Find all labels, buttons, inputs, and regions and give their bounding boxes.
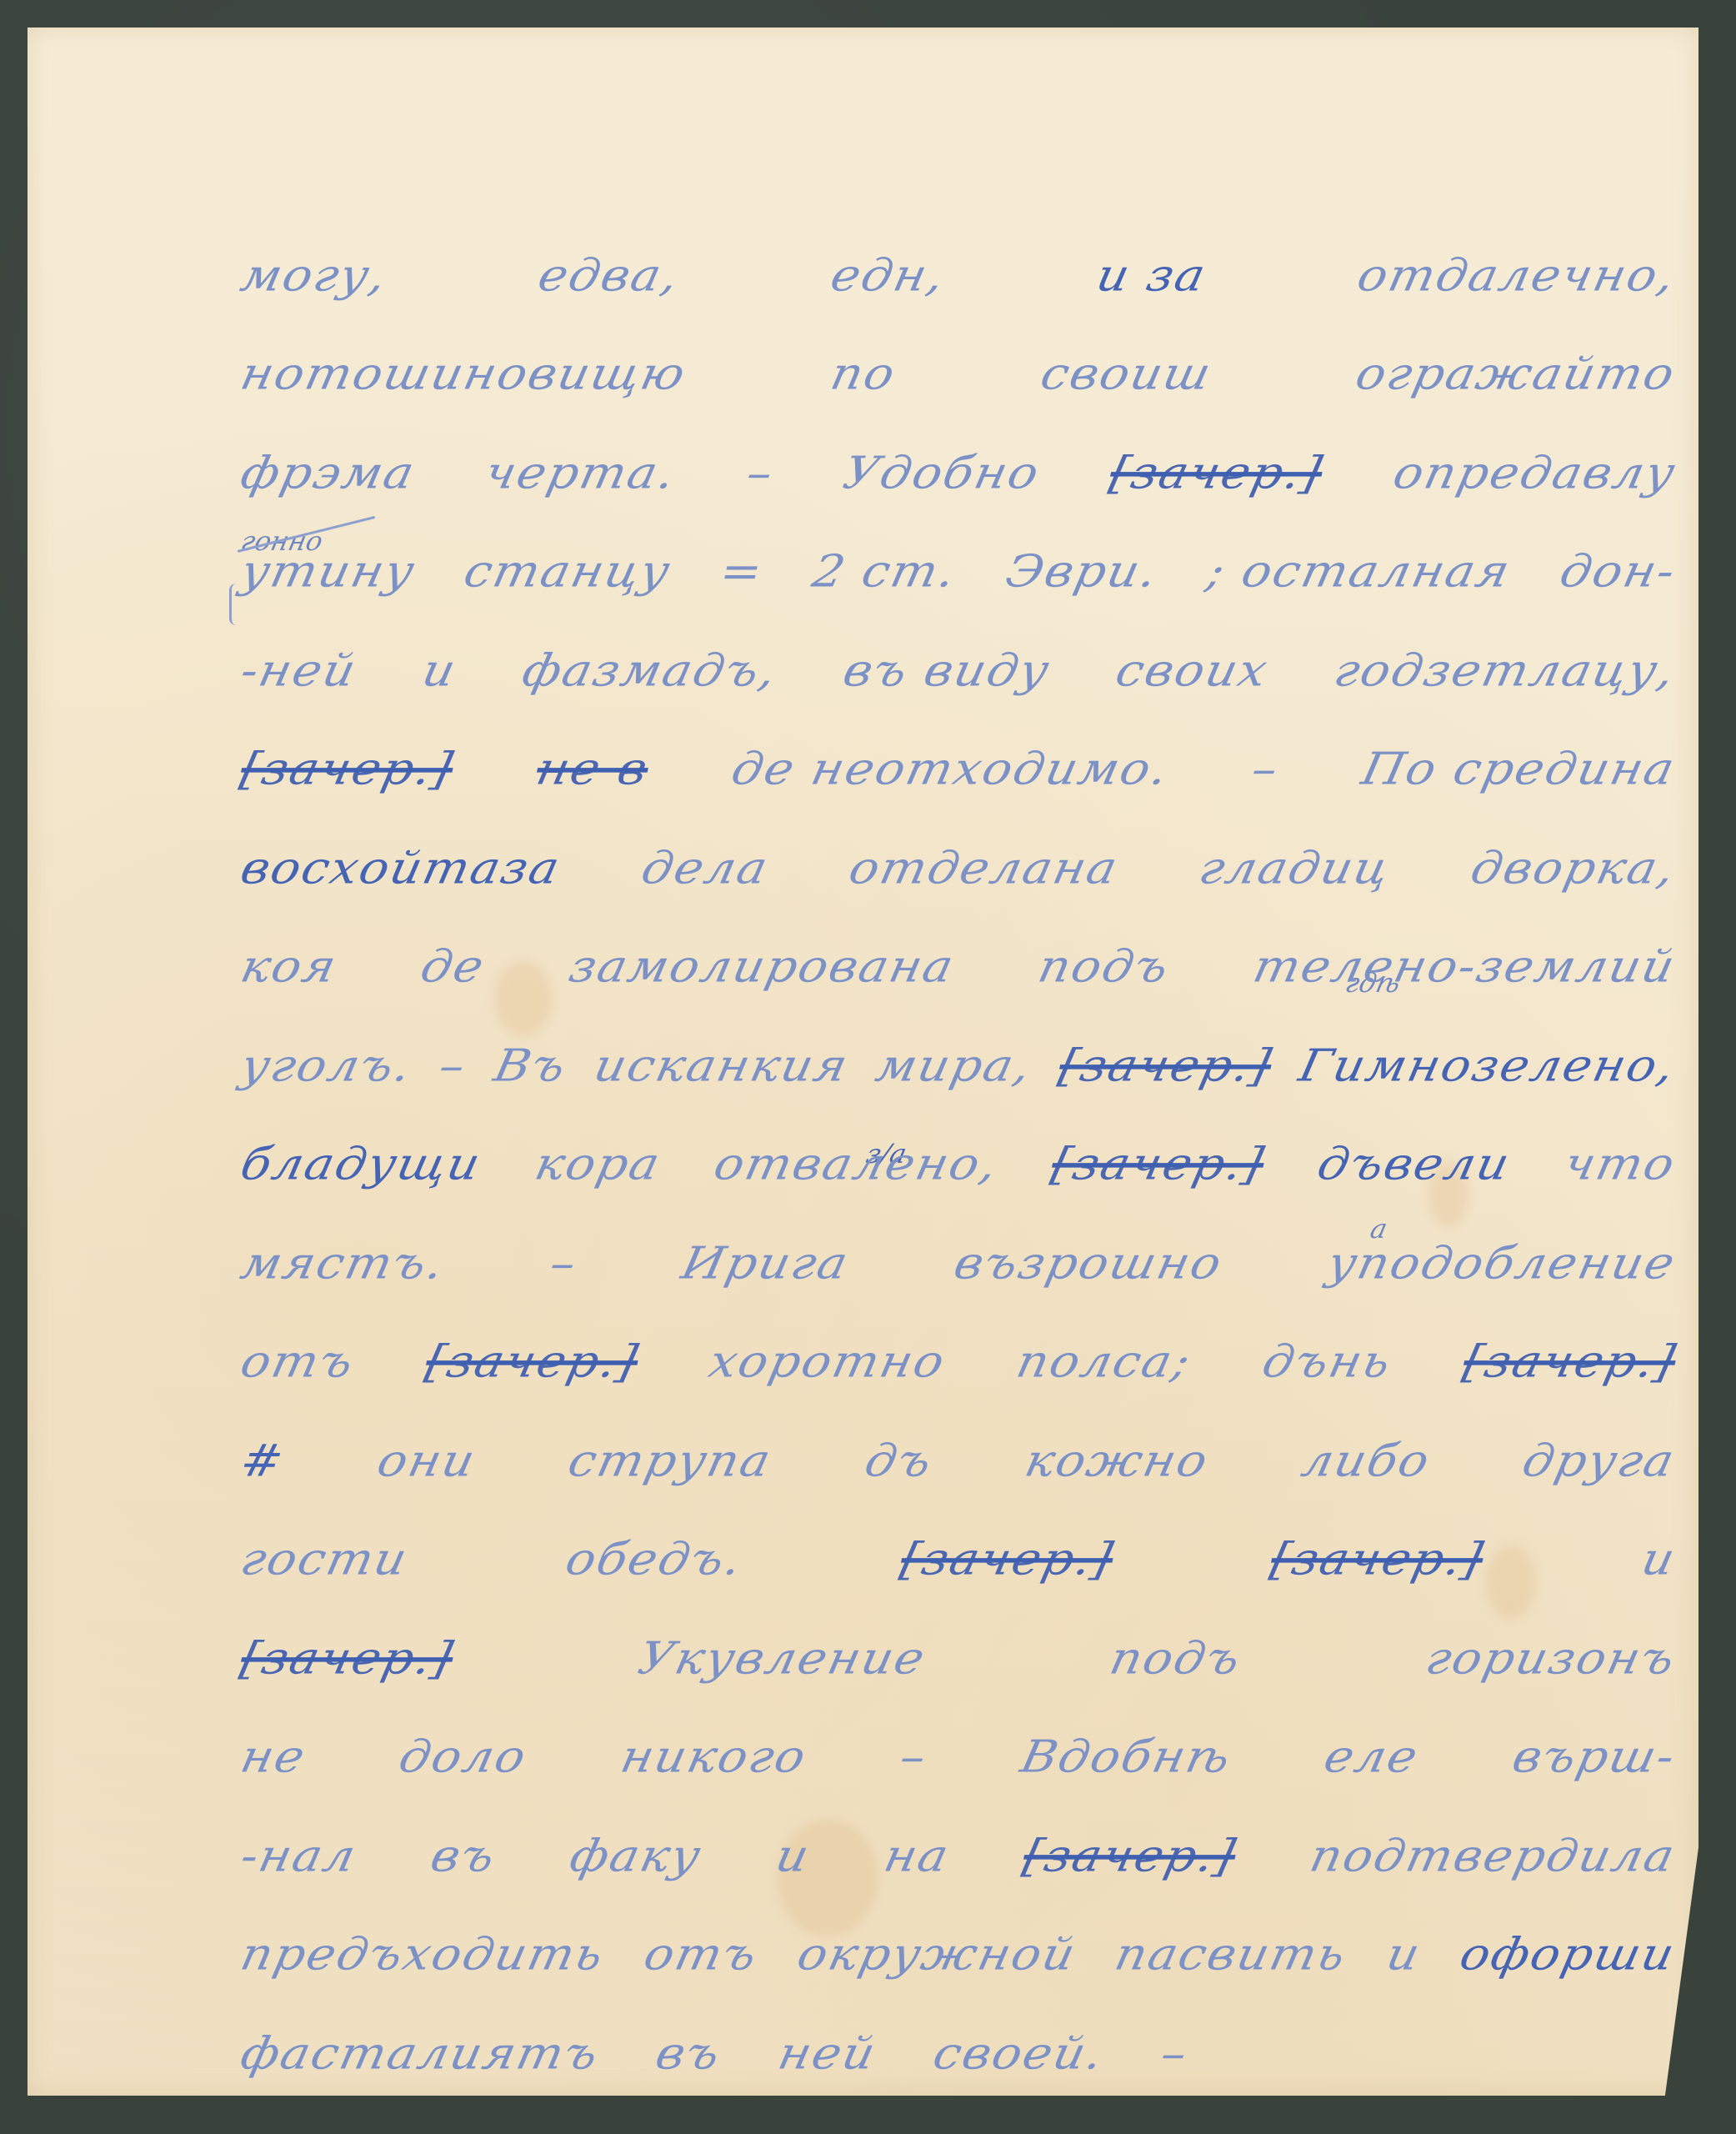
word: кожно: [1021, 1438, 1213, 1482]
word: 2 ст.: [808, 549, 961, 593]
word: и за: [1093, 253, 1210, 297]
word: обедъ.: [562, 1536, 747, 1580]
word: бладущи: [237, 1141, 485, 1185]
word: Вдобнѣ: [1017, 1734, 1235, 1778]
word: на: [880, 1833, 953, 1877]
word: они: [373, 1438, 480, 1482]
text-line-19: фасталиятъ въ ней своей. –: [242, 1978, 1675, 2077]
text-line-11: мястъ. – Ирига възрошно уподобление: [242, 1188, 1675, 1287]
struck-word: [зачер.]: [422, 1339, 643, 1383]
text-line-13: # они струпа дъ кожно либо друга: [242, 1385, 1675, 1485]
word: Эври.: [1002, 549, 1162, 593]
word: факу: [566, 1833, 706, 1877]
dash: –: [1157, 2031, 1192, 2075]
dash: –: [436, 1043, 471, 1087]
word: подъ: [1106, 1636, 1245, 1680]
word: отъ: [237, 1339, 358, 1383]
word: Въ: [490, 1043, 571, 1087]
word: утину: [237, 549, 419, 593]
word: фрэма: [237, 450, 419, 494]
word: -ней: [237, 648, 361, 692]
word: отделана: [845, 845, 1123, 889]
text-line-14: гости обедъ. [зачер.] [зачер.] и: [242, 1485, 1675, 1584]
text-line-3: фрэма черта. – Удобно [зачер.] опредавлу: [242, 398, 1675, 497]
word: =: [716, 549, 768, 593]
word: друга: [1519, 1438, 1680, 1482]
struck-word: не в: [533, 746, 653, 790]
word: мястъ.: [237, 1240, 448, 1285]
word: ней: [774, 2031, 880, 2075]
struck-word: [зачер.]: [1048, 1141, 1268, 1185]
dash: –: [743, 450, 778, 494]
word: черта.: [482, 450, 681, 494]
word: станцу: [461, 549, 676, 593]
text-line-15: [зачер.] Укувление подъ горизонъ: [242, 1583, 1675, 1682]
word: своей.: [929, 2031, 1108, 2075]
word: горизонъ: [1422, 1636, 1679, 1680]
word: еле: [1321, 1734, 1423, 1778]
dash: –: [896, 1734, 931, 1778]
word: гладиц: [1195, 845, 1394, 889]
struck-word: [зачер.]: [237, 1636, 458, 1680]
text-line-17: -нал въ факу и на [зачер.] подтвердила: [242, 1781, 1675, 1880]
word: исканкия: [590, 1043, 853, 1087]
word: могу,: [237, 253, 392, 297]
word: гости: [237, 1536, 412, 1580]
word: фасталиятъ: [237, 2031, 603, 2075]
word: въ: [427, 1833, 500, 1877]
word: пасвить: [1112, 1931, 1351, 1976]
word: телено-землий: [1249, 944, 1679, 988]
text-line-12: отъ [зачер.] хоротно полса; дънь [зачер.…: [242, 1287, 1675, 1386]
word: Ирига: [678, 1240, 853, 1285]
word: въ: [653, 2031, 726, 2075]
word: офорши: [1457, 1931, 1680, 1976]
word: окружной: [793, 1931, 1080, 1976]
word: своих: [1112, 648, 1273, 692]
text-line-18: предъходить отъ окружной пасвить и офорш…: [242, 1880, 1675, 1979]
text-line-16: не доло никого – Вдобнѣ еле върш-: [242, 1682, 1675, 1781]
word: не: [237, 1734, 310, 1778]
word: де: [418, 944, 489, 988]
word: подъ: [1034, 944, 1173, 988]
text-line-8: коя де замолирована подъ телено-землий: [242, 892, 1675, 991]
word: едн,: [828, 253, 950, 297]
word: кора: [531, 1141, 665, 1185]
text-line-9: уголъ. – Въ исканкия мира, [зачер.] Гимн…: [242, 990, 1675, 1090]
text-line-6: [зачер.] не в де неотходимо. – По средин…: [242, 694, 1675, 794]
word: по: [827, 351, 900, 395]
word: -нал: [237, 1833, 361, 1877]
word: дон-: [1556, 549, 1680, 593]
word: въ виду: [839, 648, 1054, 692]
word: дъвели: [1314, 1141, 1515, 1185]
word: уподобление: [1323, 1240, 1679, 1285]
word: никого: [617, 1734, 811, 1778]
word: подтвердила: [1306, 1833, 1679, 1877]
word: уголъ.: [237, 1043, 416, 1087]
struck-word: [зачер.]: [1459, 1339, 1680, 1383]
word: По средина: [1358, 746, 1680, 790]
word: годзетлацу,: [1330, 648, 1679, 692]
text-line-7: восхойтаза дела отделана гладиц дворка,: [242, 793, 1675, 892]
word: Удобно: [840, 450, 1044, 494]
word: върш-: [1508, 1734, 1679, 1778]
word: и: [418, 648, 461, 692]
word: и: [772, 1833, 814, 1877]
word: опредавлу: [1389, 450, 1680, 494]
word: дворка,: [1467, 845, 1680, 889]
word: замолирована: [565, 944, 958, 988]
word: полса;: [1013, 1339, 1196, 1383]
struck-word: [зачер.]: [1107, 450, 1328, 494]
word: хоротно: [706, 1339, 950, 1383]
word: Укувление: [634, 1636, 929, 1680]
struck-word: [зачер.]: [1019, 1833, 1240, 1877]
text-line-2: нотошиновищю по своиш огражайто: [242, 299, 1675, 398]
manuscript-text: могу, едва, едн, и за отдалечно, нотошин…: [242, 200, 1675, 2077]
word: дънь: [1259, 1339, 1397, 1383]
word: коя: [237, 944, 341, 988]
insertion-mark: #: [237, 1438, 288, 1482]
word: де неотходимо.: [728, 746, 1173, 790]
text-line-4: утину станцу = 2 ст. Эври. ; осталная до…: [242, 497, 1675, 596]
dash: –: [1248, 746, 1283, 790]
word: своиш: [1037, 351, 1216, 395]
struck-word: [зачер.]: [1267, 1536, 1488, 1580]
word: доло: [396, 1734, 532, 1778]
word: отвалено,: [710, 1141, 1002, 1185]
word: что: [1560, 1141, 1679, 1185]
word: ; осталная: [1203, 549, 1514, 593]
word: струпа: [565, 1438, 777, 1482]
word: отъ: [640, 1931, 762, 1976]
word: и: [1638, 1536, 1680, 1580]
word: мира,: [872, 1043, 1036, 1087]
word: либо: [1298, 1438, 1434, 1482]
word: огражайто: [1353, 351, 1680, 395]
word: дела: [638, 845, 773, 889]
word: предъходить: [237, 1931, 608, 1976]
word: едва,: [535, 253, 684, 297]
text-line-1: могу, едва, едн, и за отдалечно,: [242, 200, 1675, 299]
word: Гимнозелено,: [1296, 1043, 1680, 1087]
struck-word: [зачер.]: [237, 746, 458, 790]
text-line-10: бладущи кора отвалено, [зачер.] дъвели ч…: [242, 1090, 1675, 1189]
dash: –: [546, 1240, 581, 1285]
struck-word: [зачер.]: [897, 1536, 1118, 1580]
word: отдалечно,: [1353, 253, 1679, 297]
word: възрошно: [950, 1240, 1227, 1285]
word: восхойтаза: [237, 845, 564, 889]
word: фазмадъ,: [519, 648, 782, 692]
word: и: [1383, 1931, 1425, 1976]
text-line-5: -ней и фазмадъ, въ виду своих годзетлацу…: [242, 595, 1675, 694]
word: дъ: [861, 1438, 937, 1482]
struck-word: [зачер.]: [1056, 1043, 1277, 1087]
word: нотошиновищю: [237, 351, 690, 395]
